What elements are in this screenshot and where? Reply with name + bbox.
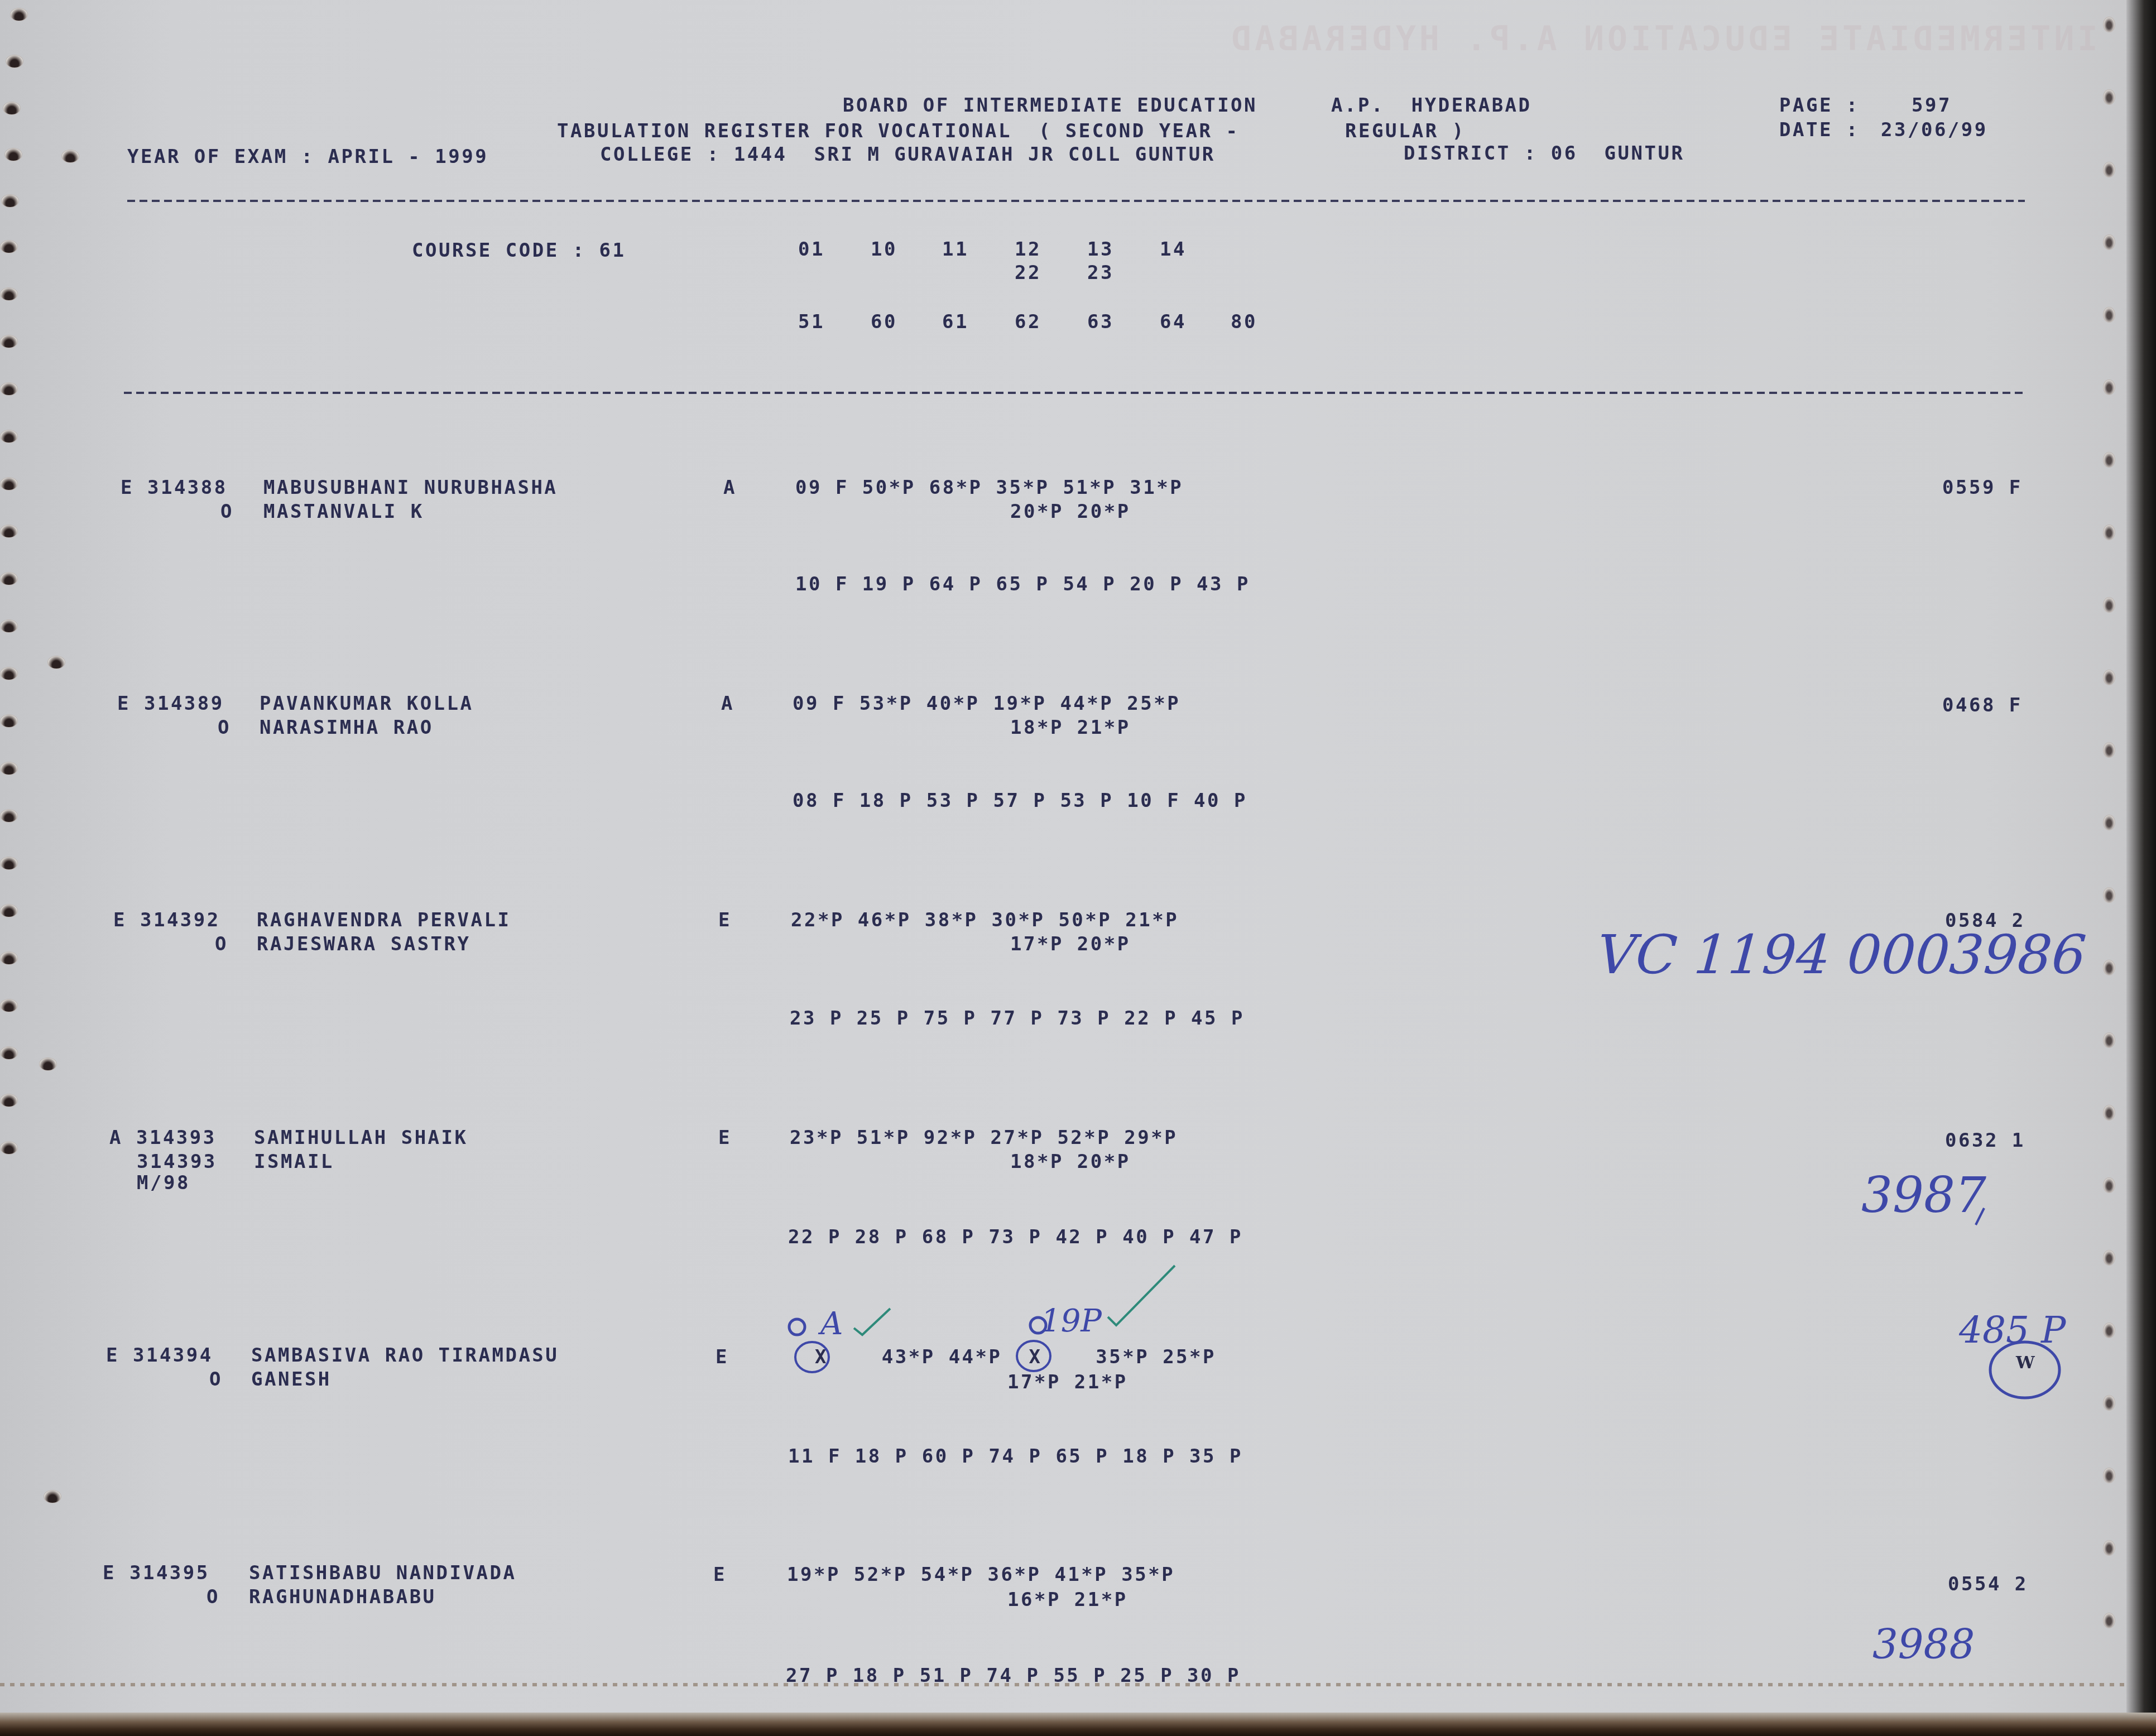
pen-marks-overlay [0, 0, 2156, 1736]
scribble-mark [1030, 1317, 1046, 1333]
perforation-line [0, 1683, 2126, 1686]
check-icon [854, 1309, 890, 1335]
circle-mark [795, 1342, 829, 1372]
withheld-circle [1990, 1342, 2059, 1398]
scribble-mark [789, 1319, 805, 1335]
tabulation-register-sheet: BOARD OF INTERMEDIATE EDUCATION A.P. HYD… [0, 0, 2126, 1713]
circle-mark [1017, 1341, 1050, 1371]
pen-stroke [1976, 1208, 1984, 1225]
page-edge-bottom [0, 1713, 2156, 1736]
check-icon [1108, 1266, 1175, 1325]
page-edge-right [2126, 0, 2156, 1736]
